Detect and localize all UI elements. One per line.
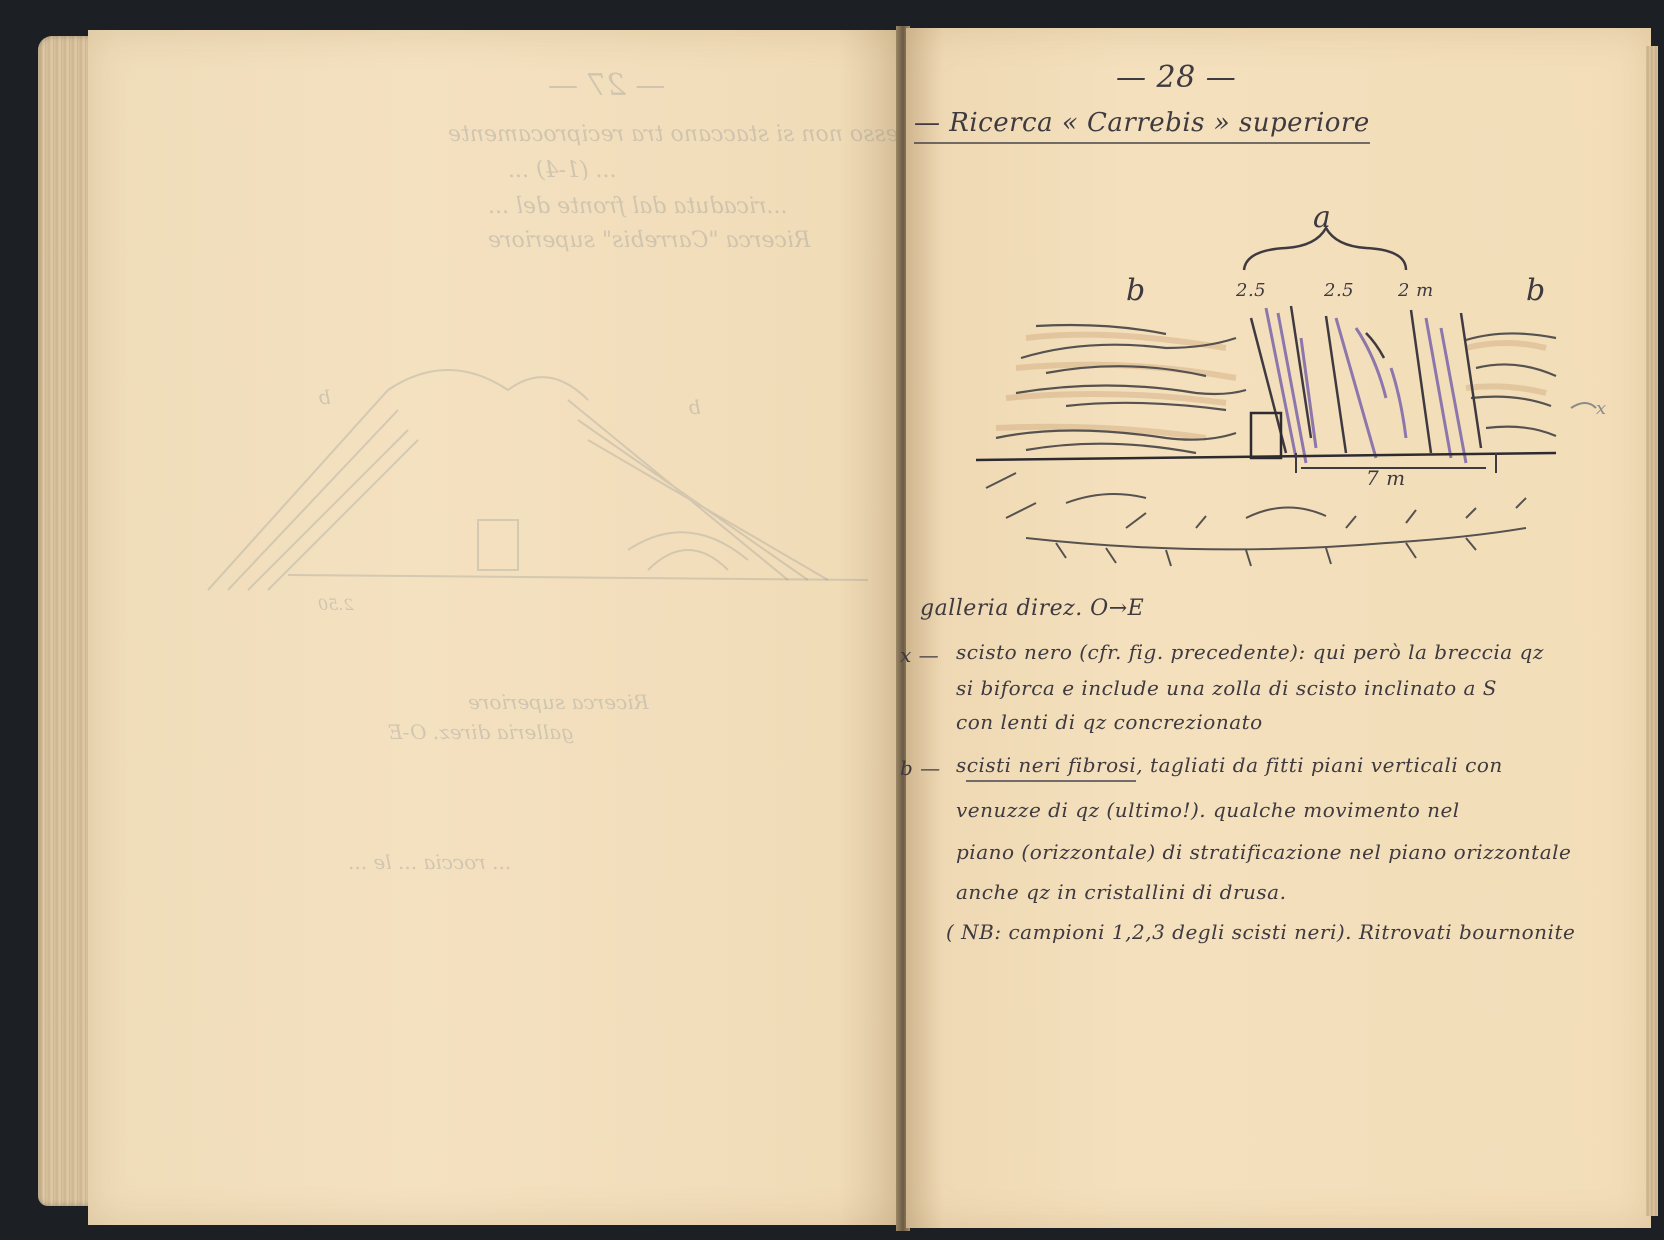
note-line: scisto nero (cfr. fig. precedente): qui … <box>956 640 1544 664</box>
bleed-through-sketch <box>188 330 868 630</box>
left-page-number: — 27 — <box>548 68 665 103</box>
bleed-label: b <box>318 385 331 409</box>
note-marker-x: x — <box>900 643 939 667</box>
page-heading: — Ricerca « Carrebis » superiore <box>914 108 1370 144</box>
bleed-line: ... roccia ... le ... <box>348 850 511 874</box>
note-line: scisti neri fibrosi, tagliati da fitti p… <box>956 753 1503 777</box>
left-page: — 27 — ...esso non si staccano tra recip… <box>88 30 903 1225</box>
gallery-section-sketch <box>906 198 1651 598</box>
bleed-line: Ricerca superiore <box>468 690 649 714</box>
label-b-left: b <box>1126 273 1146 308</box>
bleed-label: b <box>688 395 701 419</box>
width-label: 2 m <box>1398 280 1434 301</box>
width-label: 2.5 <box>1324 280 1354 301</box>
width-label: 2.5 <box>1236 280 1266 301</box>
bleed-line: ... (1-4) ... <box>508 158 617 183</box>
note-marker-b: b — <box>900 756 941 780</box>
bleed-label: 2.50 <box>318 595 354 614</box>
right-page: — 28 — — Ricerca « Carrebis » superiore <box>906 28 1651 1228</box>
underline-scisti-neri-fibrosi <box>966 780 1136 782</box>
note-line: anche qz in cristallini di drusa. <box>956 880 1286 904</box>
bleed-line: galleria direz. O-E <box>388 720 574 744</box>
note-line: si biforca e include una zolla di scisto… <box>956 676 1497 700</box>
sketch-caption: galleria direz. O→E <box>920 596 1144 621</box>
note-line: piano (orizzontale) di stratificazione n… <box>956 840 1571 864</box>
bleed-line: ...ricaduta dal fronte del ... <box>488 194 787 219</box>
side-mark-x: x <box>1596 398 1607 419</box>
brace-label-a: a <box>1313 200 1331 235</box>
open-notebook: — 27 — ...esso non si staccano tra recip… <box>38 22 1658 1227</box>
bleed-line: Ricerca "Carrebis" superiore <box>488 228 810 253</box>
note-line: con lenti di qz concrezionato <box>956 710 1263 734</box>
label-b-right: b <box>1526 273 1546 308</box>
note-line: venuzze di qz (ultimo!). qualche movimen… <box>956 798 1460 822</box>
page-number: — 28 — <box>1116 60 1236 95</box>
bleed-line: ...esso non si staccano tra reciprocamen… <box>448 122 920 147</box>
page-edges-right <box>1646 46 1658 1216</box>
note-line-nb: ( NB: campioni 1,2,3 degli scisti neri).… <box>946 920 1575 944</box>
scale-label: 7 m <box>1366 466 1406 490</box>
